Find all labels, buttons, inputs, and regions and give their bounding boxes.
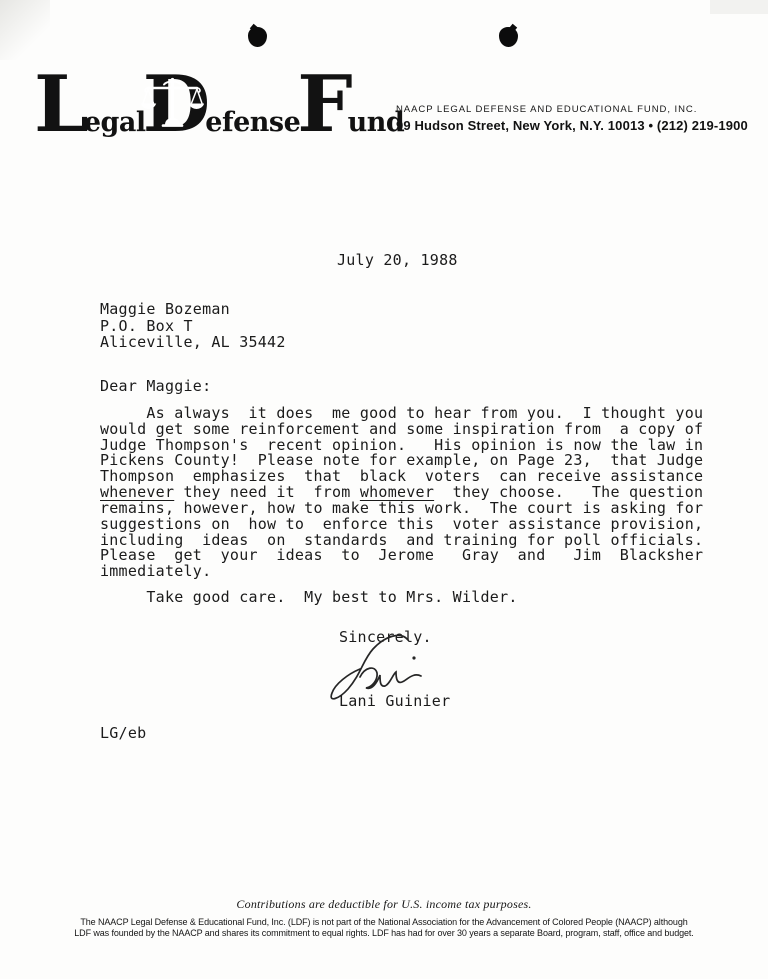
punch-hole-mark-right [499, 27, 518, 47]
ldf-logo: L egal D efense F und [34, 59, 401, 151]
scales-of-justice-icon [141, 77, 204, 129]
footer-disclaimer-line-2: LDF was founded by the NAACP and shares … [0, 928, 768, 939]
scan-shadow-top-right [710, 0, 768, 14]
org-address: 99 Hudson Street, New York, N.Y. 10013 •… [396, 118, 748, 133]
logo-letter-l: L [34, 59, 89, 151]
letterhead-org-block: NAACP LEGAL DEFENSE AND EDUCATIONAL FUND… [396, 104, 748, 133]
tax-deductible-note: Contributions are deductible for U.S. in… [0, 897, 768, 912]
date-line: July 20, 1988 [337, 253, 458, 269]
letter-page: { "letterhead": { "logo": { "big_letters… [0, 0, 768, 979]
logo-word-egal: egal [84, 107, 146, 139]
salutation: Dear Maggie: [100, 379, 211, 395]
footer-disclaimer: The NAACP Legal Defense & Educational Fu… [0, 917, 768, 940]
scan-shadow-top-left [0, 0, 50, 60]
punch-hole-mark-left [248, 27, 267, 47]
footer-disclaimer-line-1: The NAACP Legal Defense & Educational Fu… [0, 917, 768, 928]
org-name: NAACP LEGAL DEFENSE AND EDUCATIONAL FUND… [396, 104, 748, 115]
logo-word-efense: efense [205, 107, 300, 139]
recipient-address: Maggie Bozeman P.O. Box T Aliceville, AL… [100, 301, 286, 351]
body-paragraph-2: Take good care. My best to Mrs. Wilder. [100, 590, 518, 606]
logo-letter-d: D [143, 59, 211, 151]
body-paragraph-1-after: remains, however, how to make this work.… [100, 501, 703, 580]
body-paragraph-1-before: As always it does me good to hear from y… [100, 406, 703, 485]
typed-signature-name: Lani Guinier [339, 694, 450, 710]
reference-initials: LG/eb [100, 726, 146, 742]
logo-letter-f: F [297, 59, 352, 151]
